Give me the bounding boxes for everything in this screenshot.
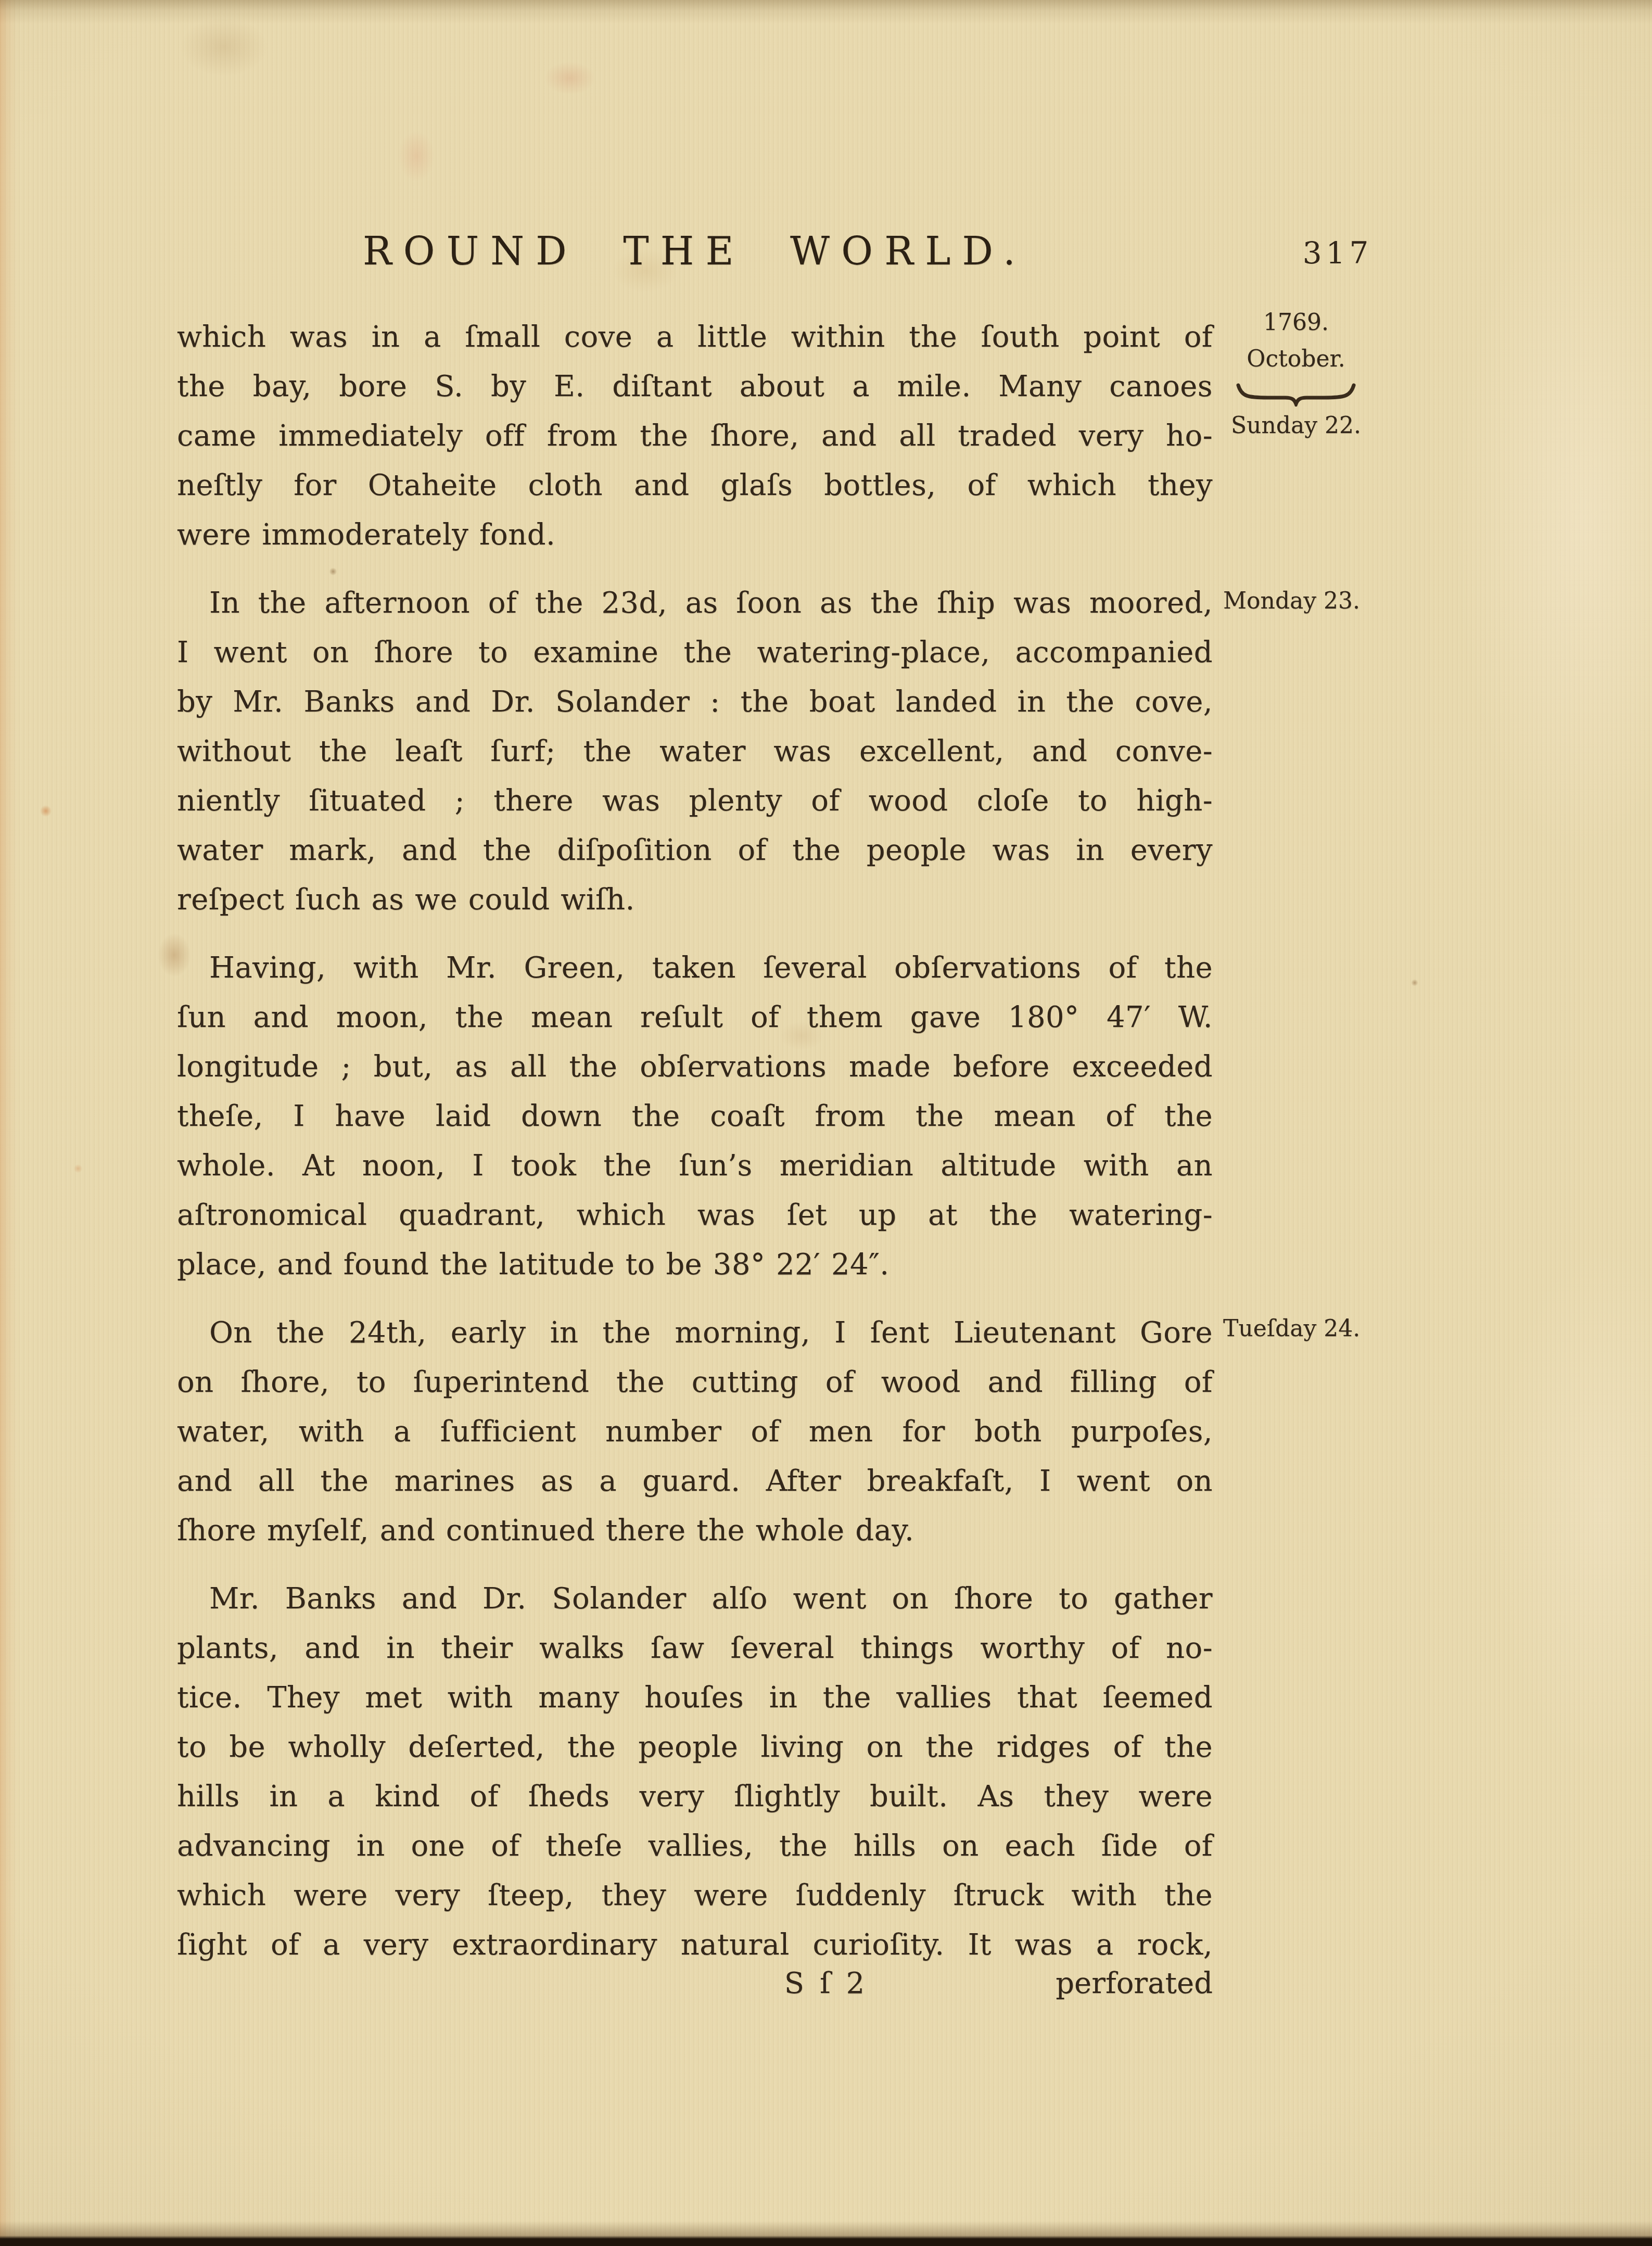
paragraph-4: On the 24th, early in the morning, I ſen…: [177, 1308, 1213, 1555]
text-line: reſpect ſuch as we could wiſh.: [177, 875, 1213, 924]
margin-year: 1769.: [1223, 304, 1369, 341]
text-line: niently ſituated ; there was plenty of w…: [177, 776, 1213, 826]
running-title: ROUND THE WORLD.: [177, 229, 1213, 274]
text-line: On the 24th, early in the morning, I ſen…: [177, 1308, 1213, 1357]
text-line: came immediately off from the ſhore, and…: [177, 411, 1213, 461]
margin-note-tuesday: Tueſday 24.: [1223, 1311, 1395, 1347]
text-line: to be wholly deſerted, the people living…: [177, 1722, 1213, 1772]
text-line: theſe, I have laid down the coaſt from t…: [177, 1092, 1213, 1141]
text-line: I went on ſhore to examine the watering-…: [177, 628, 1213, 677]
margin-month: October.: [1223, 341, 1369, 377]
text-line: Having, with Mr. Green, taken ſeveral ob…: [177, 943, 1213, 993]
catchword: perforated: [177, 1966, 1213, 2000]
text-line: without the leaſt ſurf; the water was ex…: [177, 727, 1213, 776]
margin-note-monday: Monday 23.: [1223, 583, 1395, 619]
page-number: 317: [1275, 235, 1400, 271]
text-line: water mark, and the diſpoſition of the p…: [177, 826, 1213, 875]
text-line: place, and found the latitude to be 38° …: [177, 1240, 1213, 1289]
text-line: aſtronomical quadrant, which was ſet up …: [177, 1190, 1213, 1240]
paragraph-3: Having, with Mr. Green, taken ſeveral ob…: [177, 943, 1213, 1289]
text-line: ſight of a very extraordinary natural cu…: [177, 1920, 1213, 1970]
paragraph-2: In the afternoon of the 23d, as ſoon as …: [177, 578, 1213, 924]
margin-date-block: 1769. October. Sunday 22.: [1223, 304, 1369, 444]
text-line: plants, and in their walks ſaw ſeveral t…: [177, 1623, 1213, 1673]
paragraph-5: Mr. Banks and Dr. Solander alſo went on …: [177, 1574, 1213, 1970]
page-content: ROUND THE WORLD. 317 which was in a ſmal…: [0, 0, 1652, 2246]
paragraph-1: which was in a ſmall cove a little withi…: [177, 312, 1213, 560]
text-line: which were very ſteep, they were ſuddenl…: [177, 1871, 1213, 1920]
text-line: Mr. Banks and Dr. Solander alſo went on …: [177, 1574, 1213, 1623]
underbrace-icon: [1236, 380, 1356, 407]
text-line: whole. At noon, I took the ſun’s meridia…: [177, 1141, 1213, 1190]
text-line: longitude ; but, as all the obſervations…: [177, 1042, 1213, 1092]
text-line: ſhore myſelf, and continued there the wh…: [177, 1506, 1213, 1555]
text-line: water, with a ſufficient number of men f…: [177, 1407, 1213, 1456]
text-line: were immoderately fond.: [177, 510, 1213, 560]
text-line: tice. They met with many houſes in the v…: [177, 1673, 1213, 1722]
text-line: by Mr. Banks and Dr. Solander : the boat…: [177, 677, 1213, 727]
text-line: and all the marines as a guard. After br…: [177, 1456, 1213, 1506]
text-line: ſun and moon, the mean reſult of them ga…: [177, 993, 1213, 1042]
text-line: the bay, bore S. by E. diſtant about a m…: [177, 362, 1213, 411]
margin-note-sunday: Sunday 22.: [1223, 408, 1369, 444]
text-line: which was in a ſmall cove a little withi…: [177, 312, 1213, 362]
text-line: on ſhore, to ſuperintend the cutting of …: [177, 1357, 1213, 1407]
text-line: hills in a kind of ſheds very ſlightly b…: [177, 1772, 1213, 1821]
text-line: neſtly for Otaheite cloth and glaſs bott…: [177, 461, 1213, 510]
body-text: which was in a ſmall cove a little withi…: [177, 312, 1213, 1970]
book-page: ROUND THE WORLD. 317 which was in a ſmal…: [0, 0, 1652, 2246]
text-line: advancing in one of theſe vallies, the h…: [177, 1821, 1213, 1871]
text-line: In the afternoon of the 23d, as ſoon as …: [177, 578, 1213, 628]
